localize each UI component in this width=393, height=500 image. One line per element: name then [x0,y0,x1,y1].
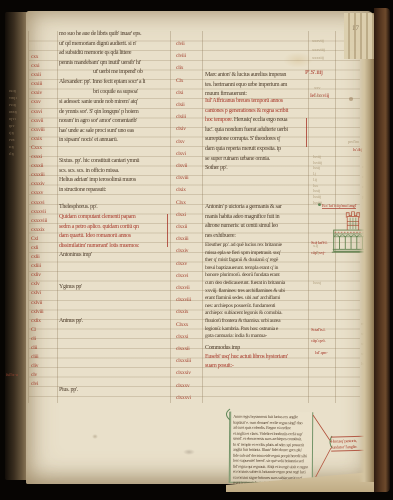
page-edge-stack-top [344,13,374,59]
faint-numeral-group: lxxxj [313,280,321,287]
facing-page-faint-text: ıuıŋvnŋııvıŋınnŋıŋvıŋıvıjŋıvnııŋılŋ [9,88,17,158]
year-numeral: cxx [31,53,57,62]
text-line: dissimilatim' numerant' lotis muemos: [59,242,171,252]
text-line: archiepo: subiacent legonis & cornubia. [205,310,311,318]
margin-note: cāp'.qvō. [311,338,326,343]
year-numeral: cxxiii [31,80,57,89]
text-line: Sother pp'. [205,164,311,174]
vertical-rule [28,31,29,403]
year-numeral: cli [31,335,57,344]
year-numeral: cxxxiv [31,180,57,189]
year-numeral: clxxix [176,306,201,318]
year-numeral: cxxxvi [31,199,57,208]
year-numeral: cxxxiii [31,171,57,180]
text-line: noram' in agro sor' amor' comentarib' [59,117,171,127]
year-numeral: clxxxii [176,343,201,355]
year-numeral: clxxxvi [176,392,201,404]
year-numeral: cxxxii [31,162,57,171]
text-line: Iul' Affricanus breues temporū annos [205,97,311,107]
year-numeral: cxlvi [31,289,57,298]
text-line: xxxviiij [312,46,325,55]
text-line: dam quia reperta meruit exposita. ip [205,145,311,155]
text-line: has' unde ac sale proci sunt' uno eas [59,127,171,137]
margin-note: Sctal'is.ī. [311,327,325,332]
text-line: Thelesphorus. pp'. [59,203,171,213]
text-line: lxxiij [313,194,322,200]
text-line: in sipsam' nocis' et annuarū. [59,136,171,146]
text-line: luc'. quia nondum fuerat adulterie uerbi [205,126,311,136]
year-numeral: cxlix [31,317,57,326]
year-numeral: cxli [31,244,57,253]
text-line: se super ruinam urbane omnia. [205,155,311,165]
text-line: Quidam computant clementi papam [59,213,171,223]
text-line: mo suo he aue de libris quib' inuar' eps… [59,30,171,40]
year-numeral: Cxl [31,235,57,244]
facing-page-red-fragment: ſul'is-a [6,372,18,377]
left-column-paragraph: si adesset: sanie unde nob mirem' atq'de… [59,98,171,146]
text-line: lxxxj [313,280,321,287]
faint-mark: ınnŋ [9,109,17,116]
text-line: sedm a petro aplico. quidam cortiū qn [59,223,171,233]
text-line: tes. herimanni equo urbe imperium am [205,81,311,91]
left-column-entry: Antoninus imp' [59,251,171,261]
text-line-segment: Herusiq' ecclia ergo noua [233,117,287,123]
faint-mark: ıvıŋ [9,102,17,109]
year-numeral: clxii [176,99,201,111]
text-line-segment: ut' uerbi me impend' ob [93,69,143,75]
left-column-paragraph: mo suo he aue de libris quib' inuar' eps… [59,30,171,78]
year-numeral: Clx [176,75,201,87]
year-numeral: clxv [176,136,201,148]
faint-mark: ııŋ [9,144,17,151]
faint-numeral-group: xxvxxxx [314,84,322,100]
year-numeral: clv [31,371,57,380]
added-note-box: Anno regis brytannorū fuit lucius rex an… [229,412,313,484]
text-line-segment: dam quartū. Ideo romanorū annos [59,233,131,239]
text-line: cum deo dedicauerunt. fuerat in britanni… [205,280,311,288]
year-numeral: clxiii [176,111,201,123]
text-line: Yginus pp' [59,283,171,293]
year-numeral: clxxi [176,209,201,221]
year-numeral: clxiv [176,123,201,135]
text-line: hoc tempore. Herusiq' ecclia ergo noua [205,116,311,126]
year-numeral: cxxxvii [31,208,57,217]
year-numeral: clxxiv [176,245,201,257]
text-line: xxv [314,84,322,92]
year-numeral: Cxxx [31,144,57,153]
text-line-segment: Quidam computant clementi papam [59,214,136,220]
parchment-stain [183,449,195,455]
year-numeral: clvii [176,38,201,50]
year-numeral: cxlvii [31,299,57,308]
text-line-segment: bri coquile ea supsoa' [93,89,138,95]
year-numeral: clxi [176,87,201,99]
text-line: Helius adrian' imp ierosolimā muros [59,176,171,186]
year-numeral: clxxii [176,221,201,233]
year-numeral: Clxxx [176,319,201,331]
faint-mark: ılŋ [9,151,17,158]
text-line: in structione reparauit: [59,186,171,196]
left-column-paragraph: Alexander: pp'. Inno fecit epiam socr' a… [59,78,171,97]
left-column-entry: Thelesphorus. pp'. [59,203,171,213]
year-numeral: clxxiii [176,233,201,245]
text-line: Sixtus. pp'. hic constituit cantari ymnū [59,157,171,167]
year-numeral: cxxix [31,135,57,144]
year-numeral: cxlviii [31,308,57,317]
red-bracket-line [306,118,307,147]
left-column-entry: Yginus pp' [59,283,171,293]
right-column-paragraph: Iul' Affricanus breues temporū annoscant… [205,97,311,174]
text-line: xxxxiij [312,54,325,63]
text-line: cantones p generationes & regna scribit [205,107,311,117]
building-tower-hatching [350,218,356,230]
text-line-segment: suam posuit:- [205,363,234,369]
year-numeral: cliii [31,353,57,362]
text-line: Antonin' p uictoria a germanis & sar [205,203,311,213]
right-column-paragraph: Antonin' p uictoria a germanis & sarmani… [205,203,311,241]
left-column-entry: Aninus pp'. [59,317,171,327]
text-line: altrone numeris: ut centū simul leo [205,222,311,232]
text-line: si adesset: sanie unde nob mirem' atq' [59,98,171,108]
year-numeral: clxxviii [176,294,201,306]
text-line-segment: Iul' Affricanus breues temporū annos [205,98,283,104]
faint-mark: ıjŋ [9,130,17,137]
year-numeral: clii [31,344,57,353]
year-numeral: clxvi [176,148,201,160]
year-numeral: clxvii [176,160,201,172]
text-line-segment: cantones p generationes & regna scribit [205,108,288,114]
text-line: gota cantuaria: india fu mantua- [205,333,311,341]
year-numeral: clviii [176,50,201,62]
year-numeral: clxxxiv [176,367,201,379]
margin-note: P'.S'.iiij [305,69,323,76]
vertical-rule [57,31,58,403]
year-numeral: cxlv [31,280,57,289]
text-line: ut' qd memoriam dignū audierit. si n' [59,40,171,50]
year-numeral: clxxv [176,258,201,270]
year-numeral: cxxv [31,98,57,107]
text-line: nes: archiepos posuerūt. fundamenti [205,303,311,311]
year-numeral: cxliv [31,271,57,280]
text-line: bri coquile ea supsoa' [59,88,171,98]
right-column-rubric: Eusebi' usq' huc actuū libros hystoriam'… [205,353,311,370]
year-numeral: clxxxiii [176,355,201,367]
faint-mark: ıuıŋ [9,88,17,95]
year-numeral: clvi [31,380,57,389]
text-line: pennis mandebam' qm inutil' uersib' hi' [59,59,171,69]
margin-note-faint: pecl'im [348,139,359,144]
text-line: fluuiorū frontera & thamisa. urbi aurea [205,318,311,326]
left-column-entry: Pius. pp'. [59,386,171,396]
text-line: xxxx [314,92,322,100]
year-numeral: clxxxv [176,380,201,392]
faint-mark: ıŋvı [9,116,17,123]
text-line: suam posuit:- [205,362,311,371]
year-numeral: cxliii [31,262,57,271]
green-curl-bracket [221,407,233,421]
text-line: Eusebi' usq' huc actuū libros hystoriam' [205,353,311,362]
facing-page-edge [5,12,28,480]
text-line: Antoninus imp' [59,251,171,261]
red-bracket-line [167,214,168,247]
faint-numeral-group: xxxviijxxxviiijxxxxiij [312,37,325,63]
year-numeral: cxxi [31,62,57,71]
faint-numeral-group: x.ljx.lij [313,243,319,256]
vertical-rule [202,31,203,403]
text-line: surreptione corrupta. S' theodores q' [205,135,311,145]
page-edge-stack [359,13,374,482]
text-line: Eleuther pp'. ad quē lucius rex britanni… [205,242,311,250]
year-numeral: clxix [176,184,201,196]
text-line: legionū: kambria. Pars hos: ostrunia e [205,326,311,334]
parchment-stain [92,434,98,439]
year-numeral: clxxxi [176,331,201,343]
text-line: Marc anton' & lucius aurelius imperan [205,71,311,81]
year-numeral: cxxvi [31,108,57,117]
text-line: lxviij [313,154,322,160]
text-line: ad subsidiū memorie qs qdā littere [59,49,171,59]
faint-mark: ıvn [9,137,17,144]
year-numeral: cxxxi [31,153,57,162]
book-binding [374,8,390,492]
year-numeral: cxxxix [31,226,57,235]
year-numeral: cxxxviii [31,217,57,226]
left-column-paragraph: Sixtus. pp'. hic constituit cantari ymnū… [59,157,171,195]
text-line-segment: dissimilatim' numerant' lotis muemos: [59,243,139,249]
faint-mark: vnŋı [9,95,17,102]
text-line: nes exhibuere: [205,232,311,242]
text-line-segment: hoc tempore. [205,117,233,123]
text-line: Alexander: pp'. Inno fecit epiam socr' a… [59,78,171,88]
year-numeral: cxxvii [31,117,57,126]
year-numeral: Cl [31,326,57,335]
year-numeral: clix [176,62,201,74]
text-line: Pius. pp'. [59,386,171,396]
text-line: scs. scs. scs. in officio missa. [59,167,171,177]
year-numeral: cxxiv [31,89,57,98]
year-numeral: clxviii [176,172,201,184]
faint-mark: ŋıv [9,123,17,130]
manuscript-photo: { "photo": { "folio_number": "17" }, "le… [0,0,393,500]
right-column-paragraph: Marc anton' & lucius aurelius imperantes… [205,71,311,100]
left-year-column: cxxcxxicxxiicxxiiicxxivcxxvcxxvicxxviicx… [31,53,57,389]
margin-note: lxl'.qm- [315,350,328,355]
text-line: x.lij [313,250,319,257]
year-numeral: clxxvii [176,282,201,294]
faint-numeral-group: lxviijlxviiijlxxijl.jl.ijlxxlxxijlxxiijl… [313,154,322,205]
text-line: honore plurimorū. deorū fundata erant [205,272,311,280]
text-line: Aninus pp'. [59,317,171,327]
text-line-segment: Eusebi' usq' huc actuū libros hystoriam' [205,354,288,360]
text-line: xxxviij [312,37,325,46]
text-line: manis habita adeo magnifice fuit in [205,213,311,223]
text-line: erant flaminū sedes. ubi aut' archiflami [205,295,311,303]
text-line: lxxiiij [313,200,322,206]
left-column-rubric: Quidam computant clementi papamsedm a pe… [59,213,171,251]
year-numeral: cxxxv [31,189,57,198]
year-numeral: cxxviii [31,126,57,135]
right-column-paragraph: Eleuther pp'. ad quē lucius rex britanni… [205,242,311,341]
year-numeral: cxlii [31,253,57,262]
middle-year-column: clviiclviiiclixClxclxiclxiiclxiiiclxivcl… [176,38,201,404]
year-numeral: cxxii [31,71,57,80]
folio-number: 17 [352,24,359,32]
year-numeral: cliv [31,362,57,371]
text-line-segment: sedm a petro aplico. quidam cortiū qn [59,224,139,230]
text-line: de ymnis sor'. S' qin longqns' p hoiem [59,108,171,118]
text-line: ther q' misit faganū & duuianū q' regē [205,257,311,265]
year-numeral: Clxx [176,197,201,209]
text-line: ut' uerbi me impend' ob [59,68,171,78]
text-line: dam quartū. Ideo romanorū annos [59,232,171,242]
year-numeral: clxxvi [176,270,201,282]
